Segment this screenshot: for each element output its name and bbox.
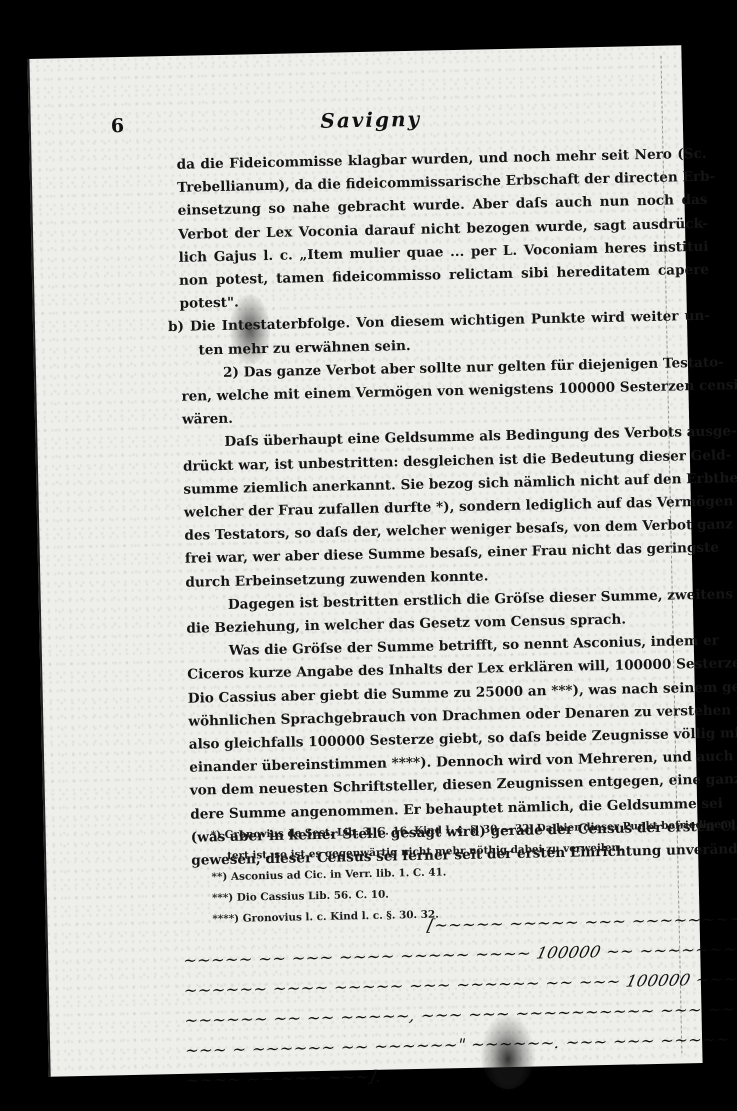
running-title: Savigny: [111, 102, 631, 137]
page-header: 6 Savigny: [111, 104, 632, 145]
handwritten-annotation: [~~~~~ ~~~~~ ~~~ ~~~~~~~~. ~. 96,~~~~~ ~…: [182, 904, 731, 1095]
body-text: da die Fideicommisse klagbar wurden, und…: [176, 143, 721, 873]
scanned-page: 6 Savigny da die Fideicommisse klagbar w…: [27, 45, 702, 1076]
